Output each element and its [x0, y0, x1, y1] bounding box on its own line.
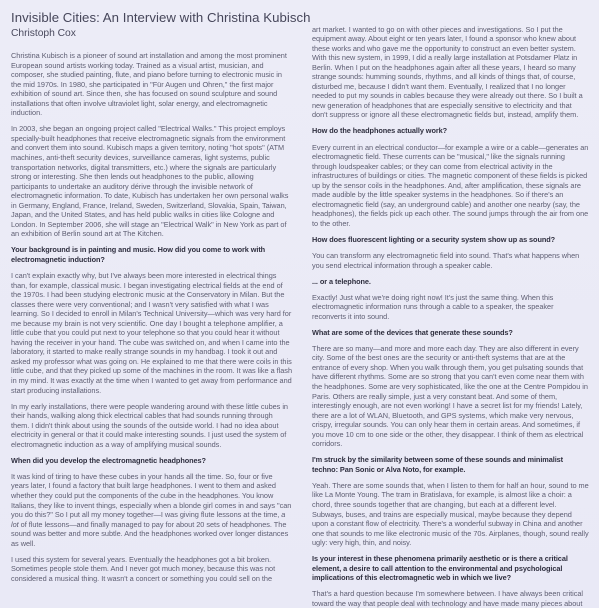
right-column: art market. I wanted to go on with other…	[312, 25, 589, 608]
answer-4: You can transform any electromagnetic fi…	[312, 251, 589, 270]
question-2: When did you develop the electromagnetic…	[11, 456, 292, 466]
answer-3: Every current in an electrical conductor…	[312, 143, 589, 229]
intro-paragraph-2: In 2003, she began an ongoing project ca…	[11, 124, 292, 239]
article-author: Christoph Cox	[11, 27, 292, 40]
answer-6: There are so many—and more and more each…	[312, 344, 589, 449]
question-7: I'm struck by the similarity between som…	[312, 455, 589, 474]
intro-paragraph-1: Christina Kubisch is a pioneer of sound …	[11, 51, 292, 118]
question-1: Your background is in painting and music…	[11, 245, 292, 264]
article-title: Invisible Cities: An Interview with Chri…	[11, 10, 292, 26]
document-page: Invisible Cities: An Interview with Chri…	[0, 0, 599, 608]
answer-2-paragraph-1: It was kind of tiring to have these cube…	[11, 472, 292, 548]
question-4: How does fluorescent lighting or a secur…	[312, 235, 589, 245]
answer-2-paragraph-2-continued: art market. I wanted to go on with other…	[312, 25, 589, 120]
question-3: How do the headphones actually work?	[312, 126, 589, 136]
answer-2-text-before: It was kind of tiring to have these cube…	[11, 472, 291, 519]
answer-8: That's a hard question because I'm somew…	[312, 589, 589, 608]
answer-7: Yeah. There are some sounds that, when I…	[312, 481, 589, 548]
answer-2-paragraph-2: I used this system for several years. Ev…	[11, 555, 292, 584]
answer-2-text-after: of flute lessons—and finally managed to …	[11, 520, 288, 548]
answer-5: Exactly! Just what we're doing right now…	[312, 293, 589, 322]
answer-1-paragraph-2: In my early installations, there were pe…	[11, 402, 292, 450]
question-6: What are some of the devices that genera…	[312, 328, 589, 338]
left-column: Invisible Cities: An Interview with Chri…	[11, 10, 292, 590]
question-5: ... or a telephone.	[312, 277, 589, 287]
answer-1-paragraph-1: I can't explain exactly why, but I've al…	[11, 271, 292, 395]
question-8: Is your interest in these phenomena prim…	[312, 554, 589, 583]
